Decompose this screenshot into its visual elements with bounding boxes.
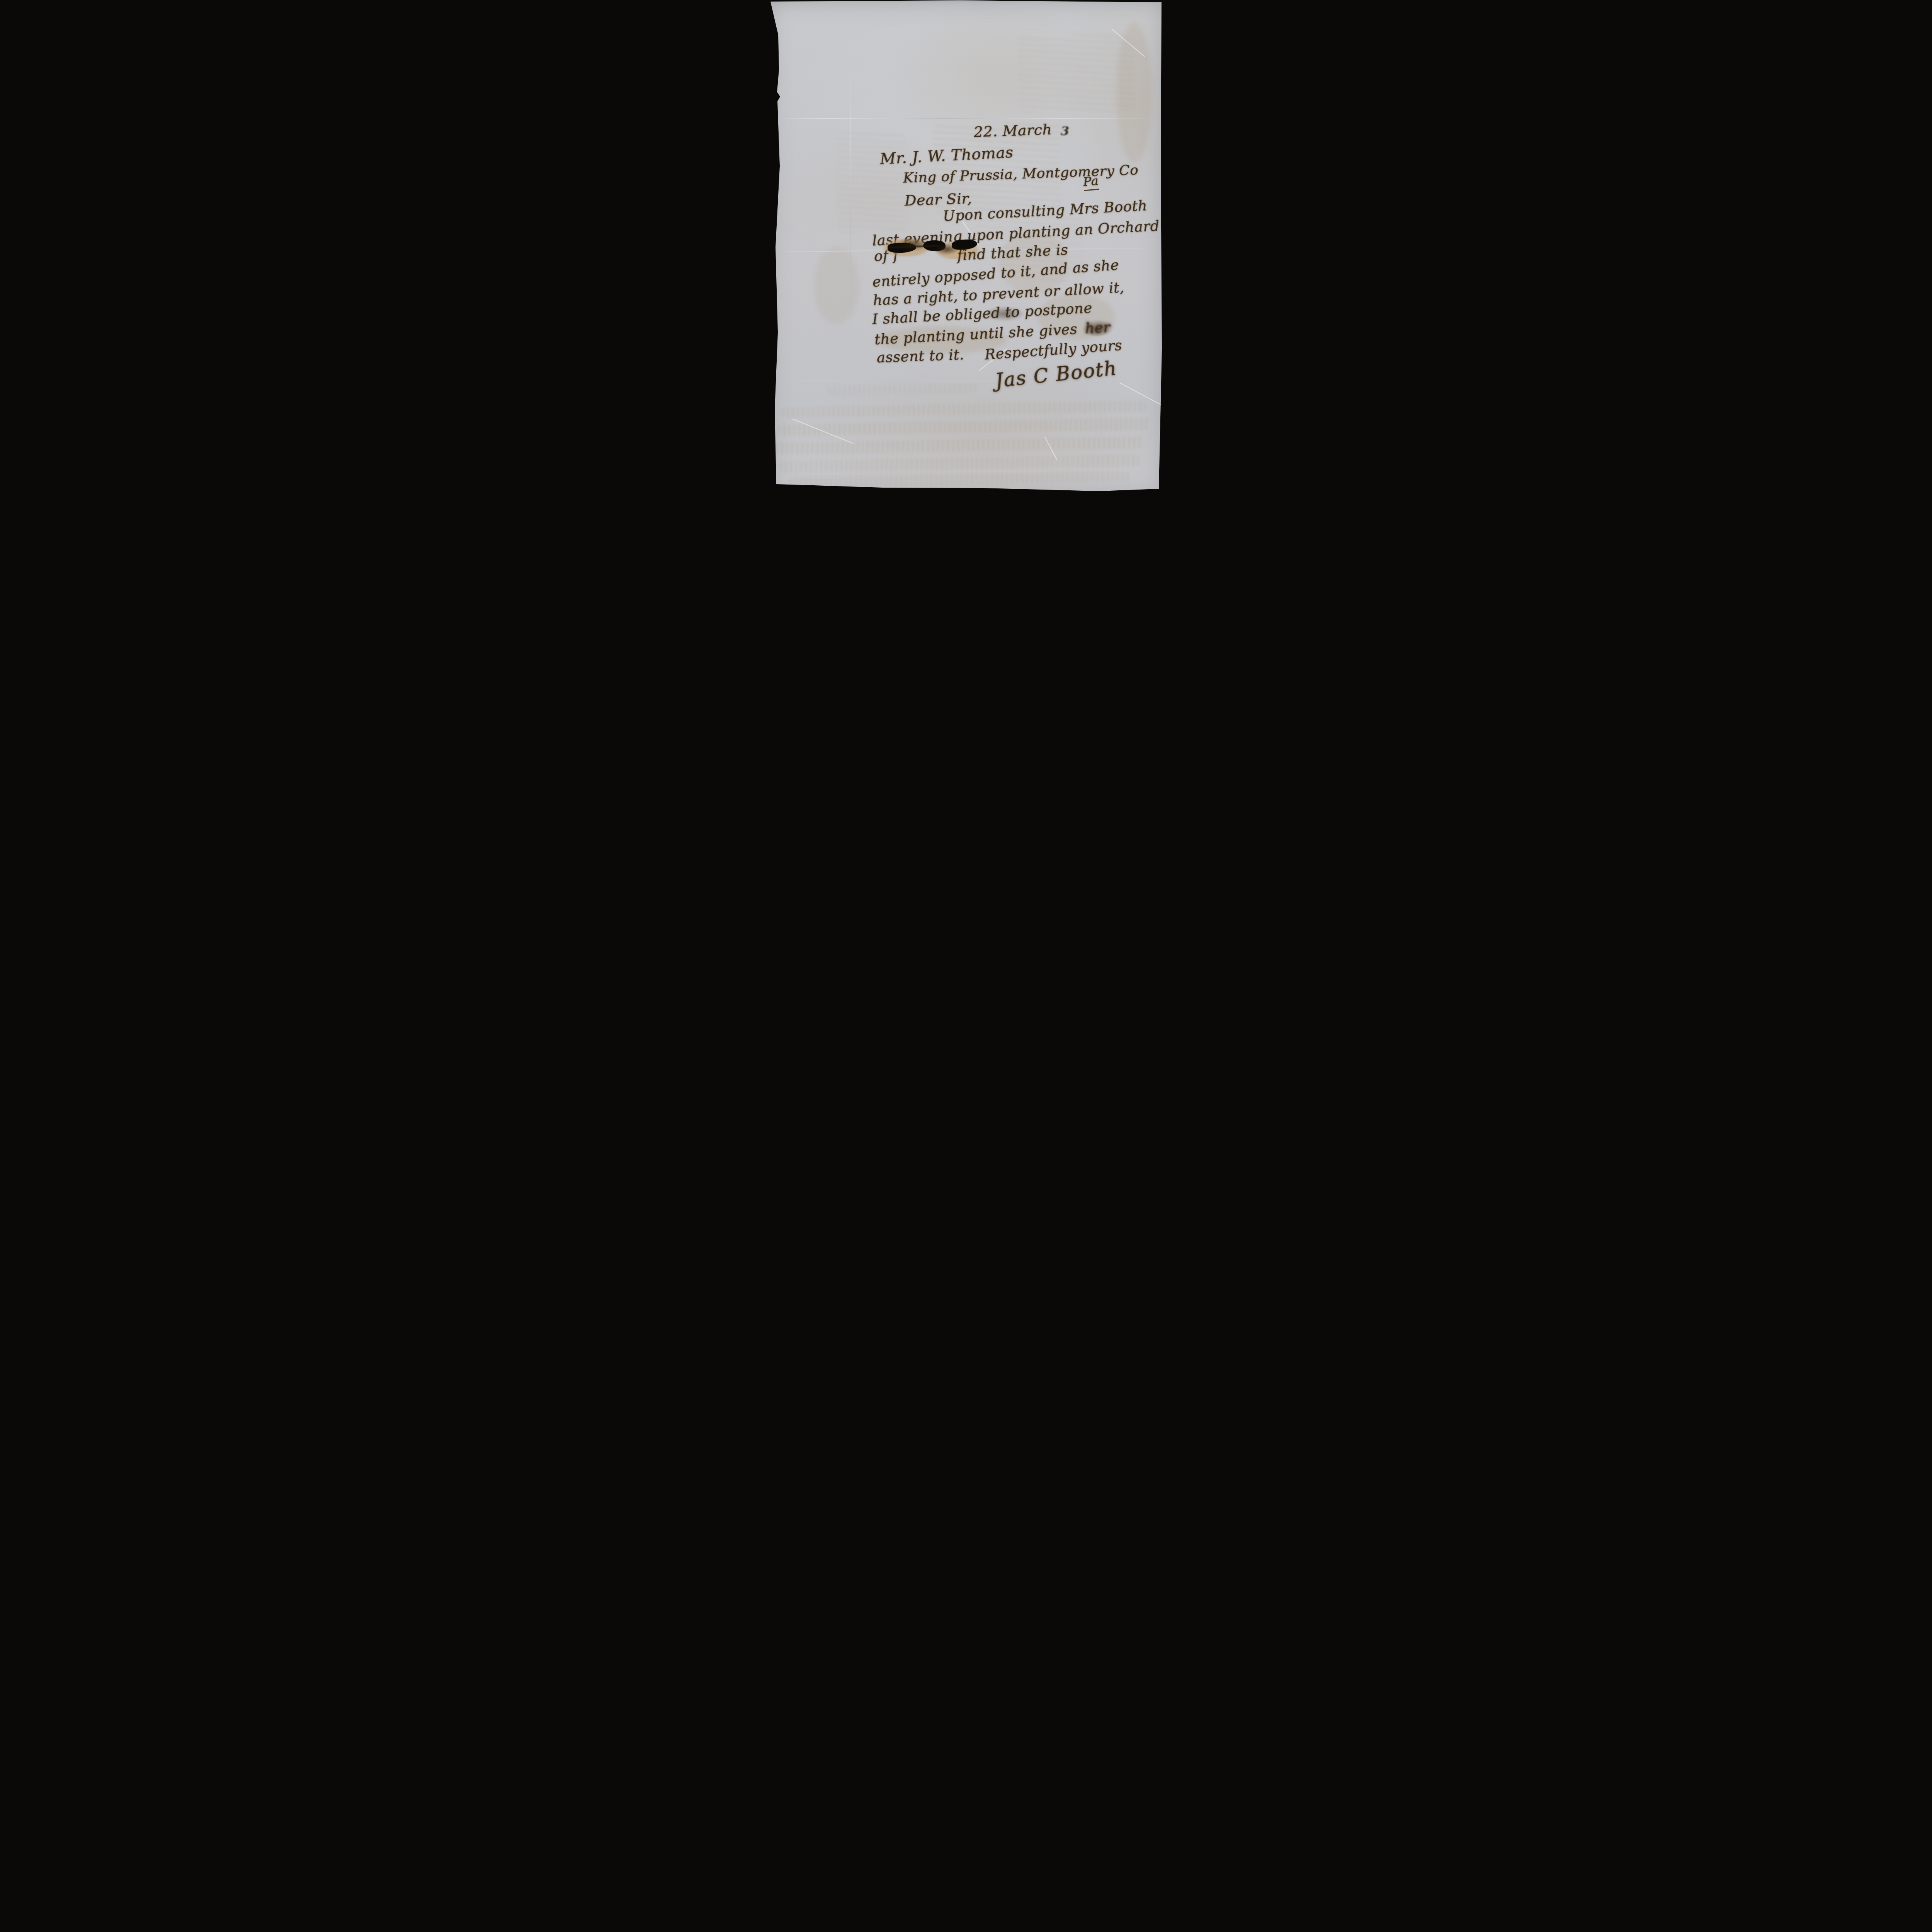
ink-smear — [895, 238, 929, 251]
bleed-through-text — [779, 418, 1150, 436]
letter-paper: 22. March 3 Mr. J. W. Thomas King of Pru… — [767, 0, 1165, 498]
state-abbreviation: Pa — [1082, 173, 1099, 191]
salutation: Dear Sir, — [904, 190, 972, 209]
bleed-through-stain — [836, 131, 907, 232]
bleed-through-text — [781, 455, 1140, 473]
bleed-through-text — [790, 471, 1130, 487]
scan-background: 22. March 3 Mr. J. W. Thomas King of Pru… — [767, 0, 1165, 498]
fold-crease — [850, 54, 851, 340]
signature: Jas C Booth — [994, 357, 1118, 392]
bleed-through-text — [782, 401, 1146, 418]
blotted-word: her — [1082, 319, 1114, 337]
bleed-through-text — [777, 437, 1144, 455]
fold-crease — [771, 118, 1159, 119]
address-state: Pa — [1082, 173, 1099, 189]
ink-smear — [983, 306, 1026, 321]
ink-stain — [813, 247, 860, 325]
bleed-through-text — [829, 383, 976, 396]
fold-crease — [782, 381, 1022, 381]
ink-stain — [1117, 23, 1151, 162]
ink-blot-mark: 3 — [1061, 124, 1069, 138]
letter-date: 22. March — [973, 121, 1052, 140]
body-line: assent to it. — [876, 346, 964, 366]
